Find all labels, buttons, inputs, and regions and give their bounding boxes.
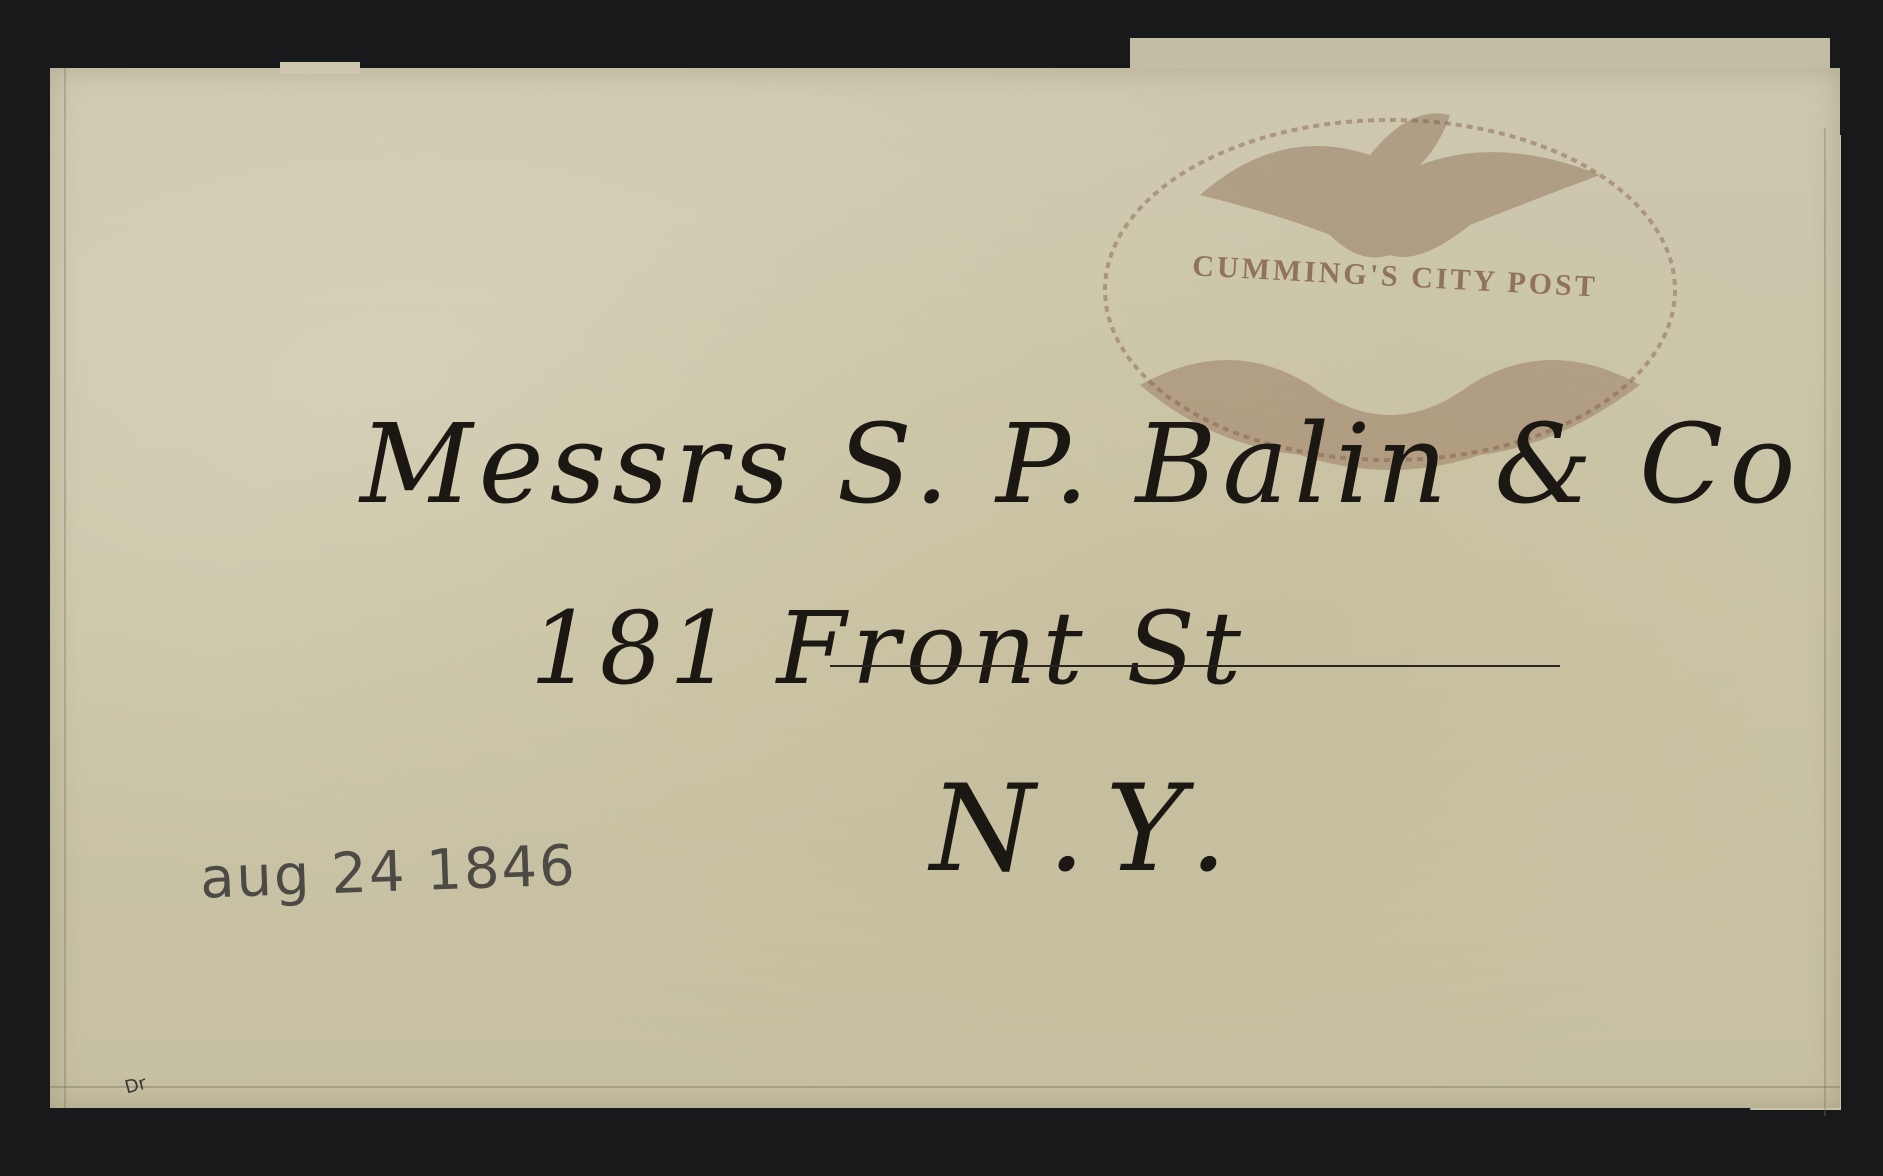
address-line-1: Messrs S. P. Balin & Co xyxy=(360,400,1802,528)
fold-line-bottom xyxy=(50,1086,1840,1088)
fold-line-left xyxy=(64,68,66,1108)
address-line-3: N.Y. xyxy=(930,760,1247,899)
fold-line-right xyxy=(1824,128,1826,1116)
pencil-date-note: aug 24 1846 xyxy=(199,833,578,911)
underline-stroke xyxy=(830,665,1560,667)
torn-edge xyxy=(280,62,360,74)
address-line-2: 181 Front St xyxy=(530,590,1247,707)
back-sheet-top-edge xyxy=(1130,38,1830,68)
